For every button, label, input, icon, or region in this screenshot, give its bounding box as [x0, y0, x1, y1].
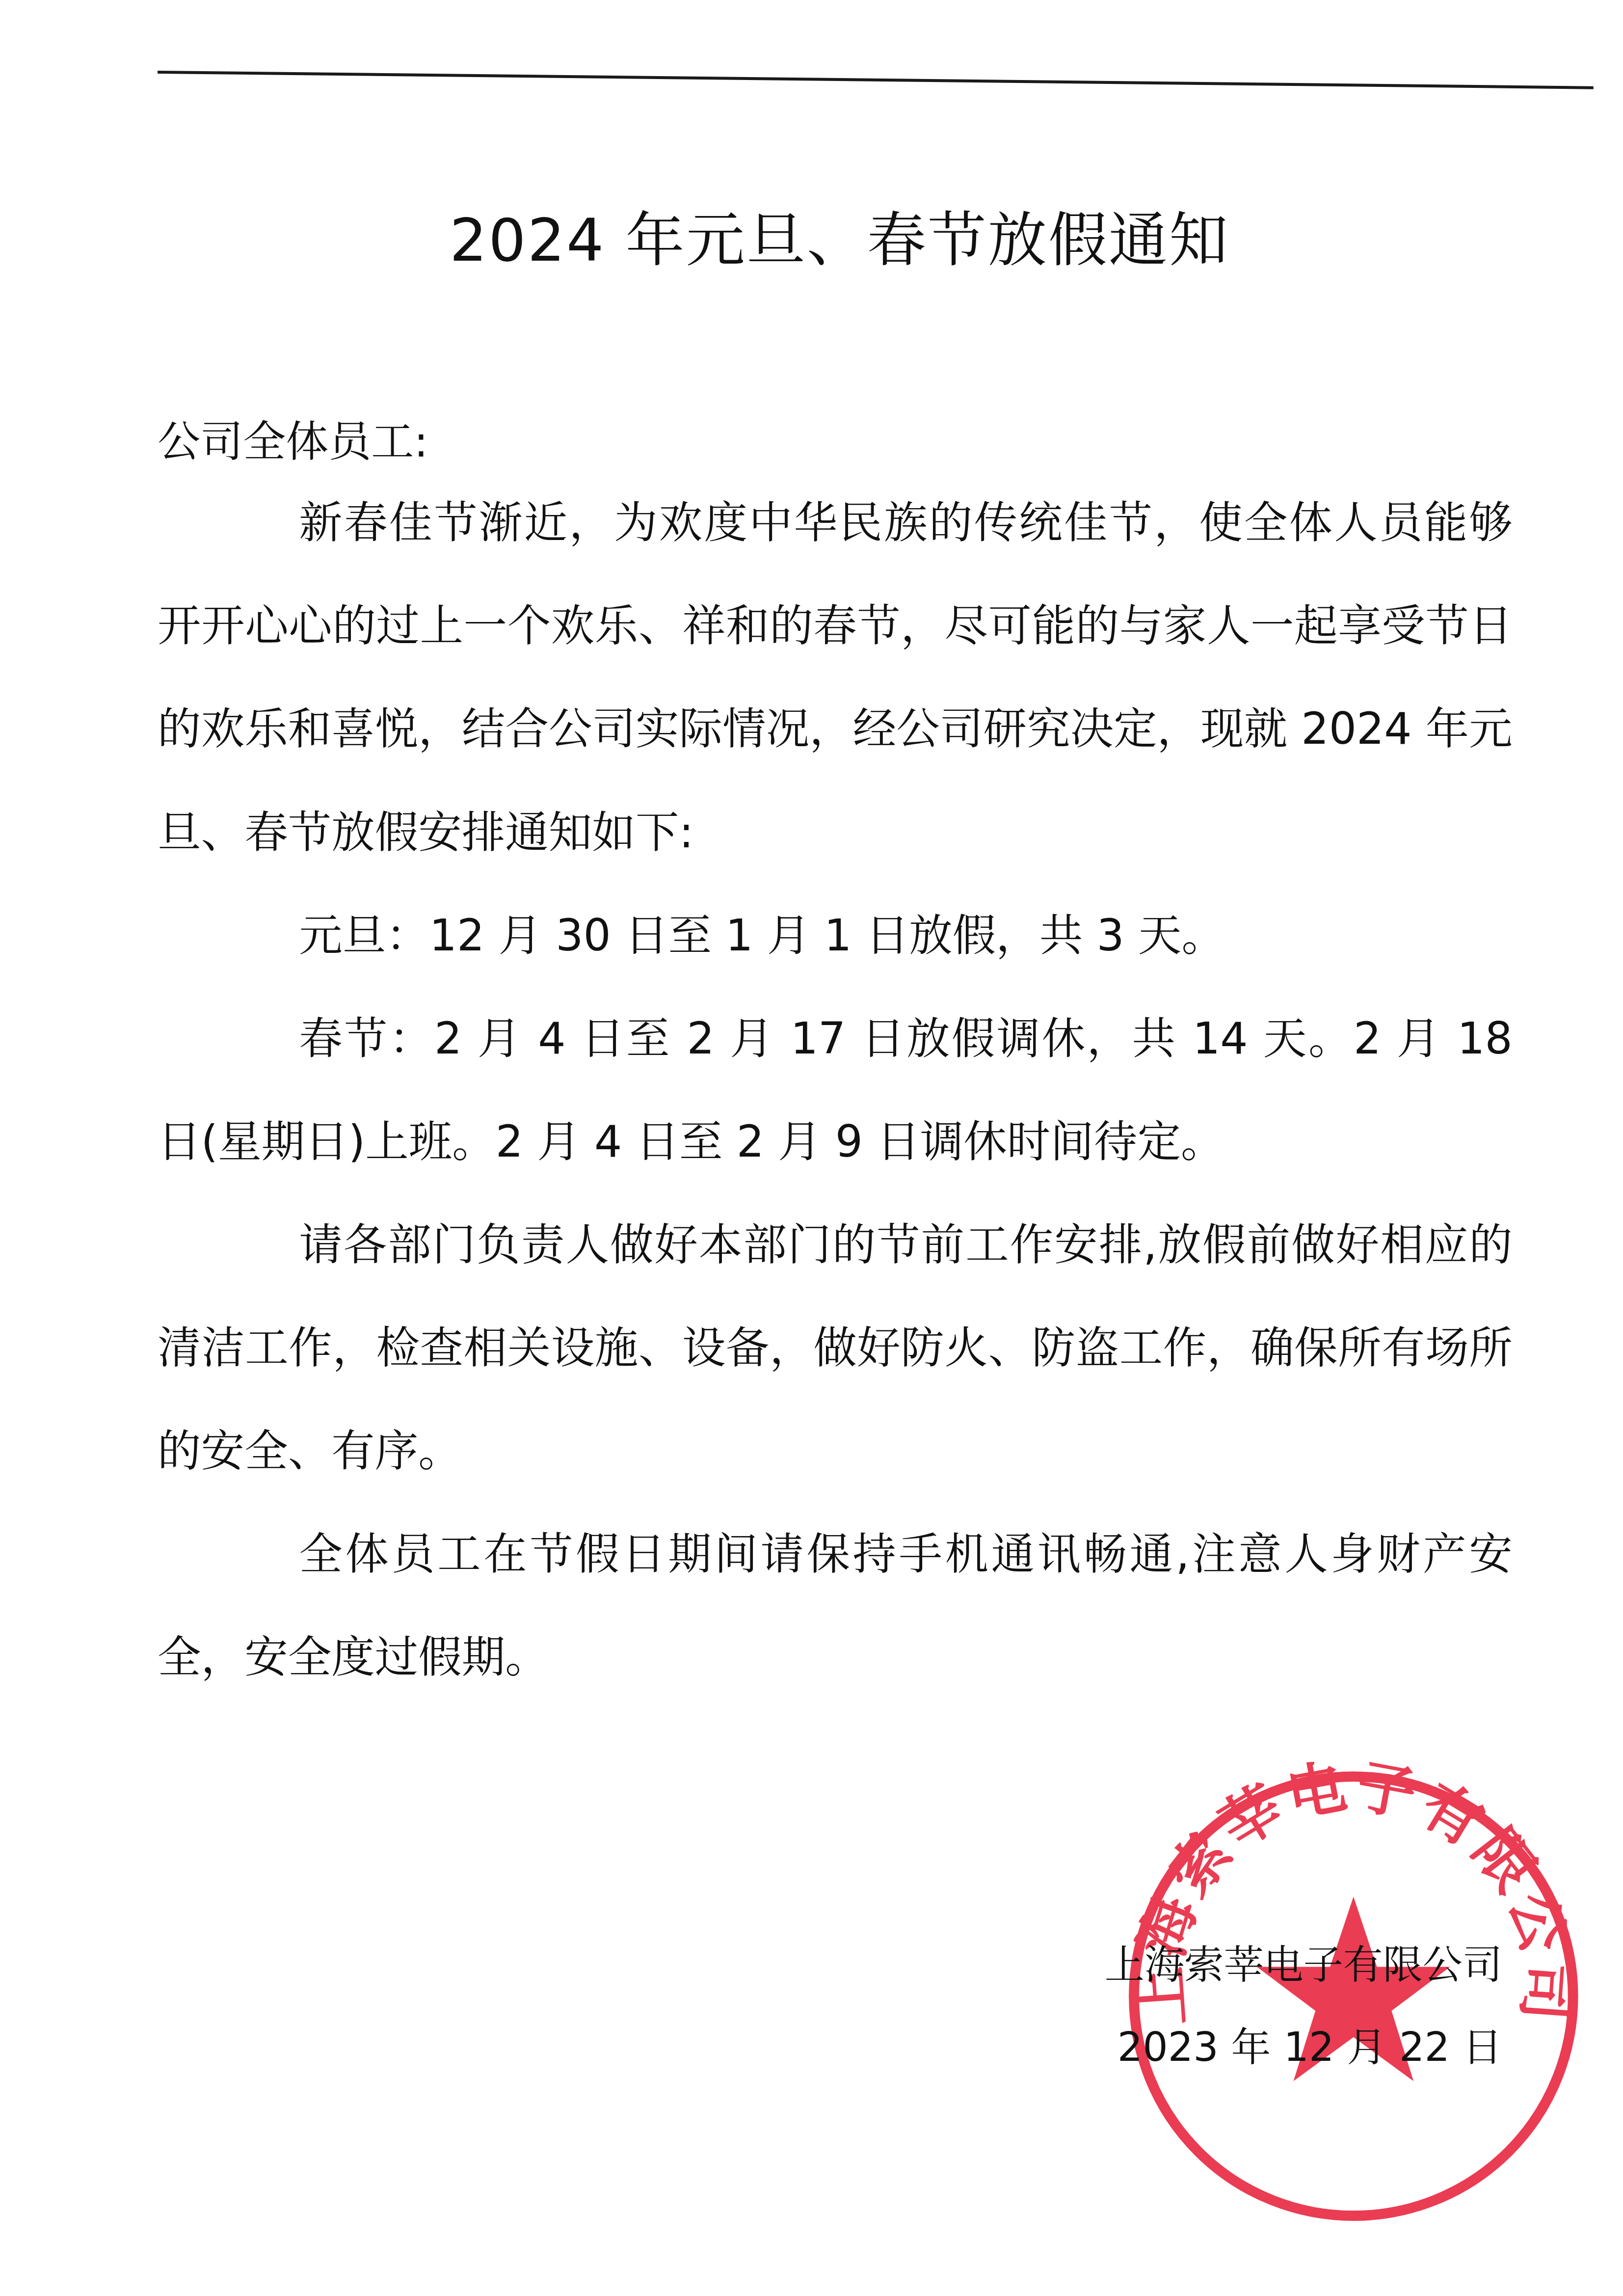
signature-company: 上海索莘电子有限公司	[1105, 1933, 1502, 1990]
paragraph-department-duties: 请各部门负责人做好本部门的节前工作安排,放假前做好相应的清洁工作，检查相关设施、…	[158, 1193, 1513, 1503]
paragraph-new-year: 元旦：12 月 30 日至 1 月 1 日放假，共 3 天。	[158, 884, 1513, 987]
salutation: 公司全体员工:	[158, 409, 428, 470]
header-divider	[158, 71, 1594, 89]
document-body: 新春佳节渐近，为欢度中华民族的传统佳节，使全体人员能够开开心心的过上一个欢乐、祥…	[158, 471, 1513, 1709]
document-title: 2024 年元旦、春节放假通知	[0, 194, 1623, 278]
paragraph-safety-reminder: 全体员工在节假日期间请保持手机通讯畅通,注意人身财产安全，安全度过假期。	[158, 1503, 1513, 1709]
paragraph-intro: 新春佳节渐近，为欢度中华民族的传统佳节，使全体人员能够开开心心的过上一个欢乐、祥…	[158, 471, 1513, 884]
document-page: 2024 年元旦、春节放假通知 公司全体员工: 新春佳节渐近，为欢度中华民族的传…	[0, 0, 1623, 2296]
paragraph-spring-festival: 春节：2 月 4 日至 2 月 17 日放假调休，共 14 天。2 月 18 日…	[158, 987, 1513, 1193]
signature-date: 2023 年 12 月 22 日	[1117, 2015, 1502, 2073]
company-seal: 上海索莘电子有限公司	[1119, 1762, 1588, 2230]
